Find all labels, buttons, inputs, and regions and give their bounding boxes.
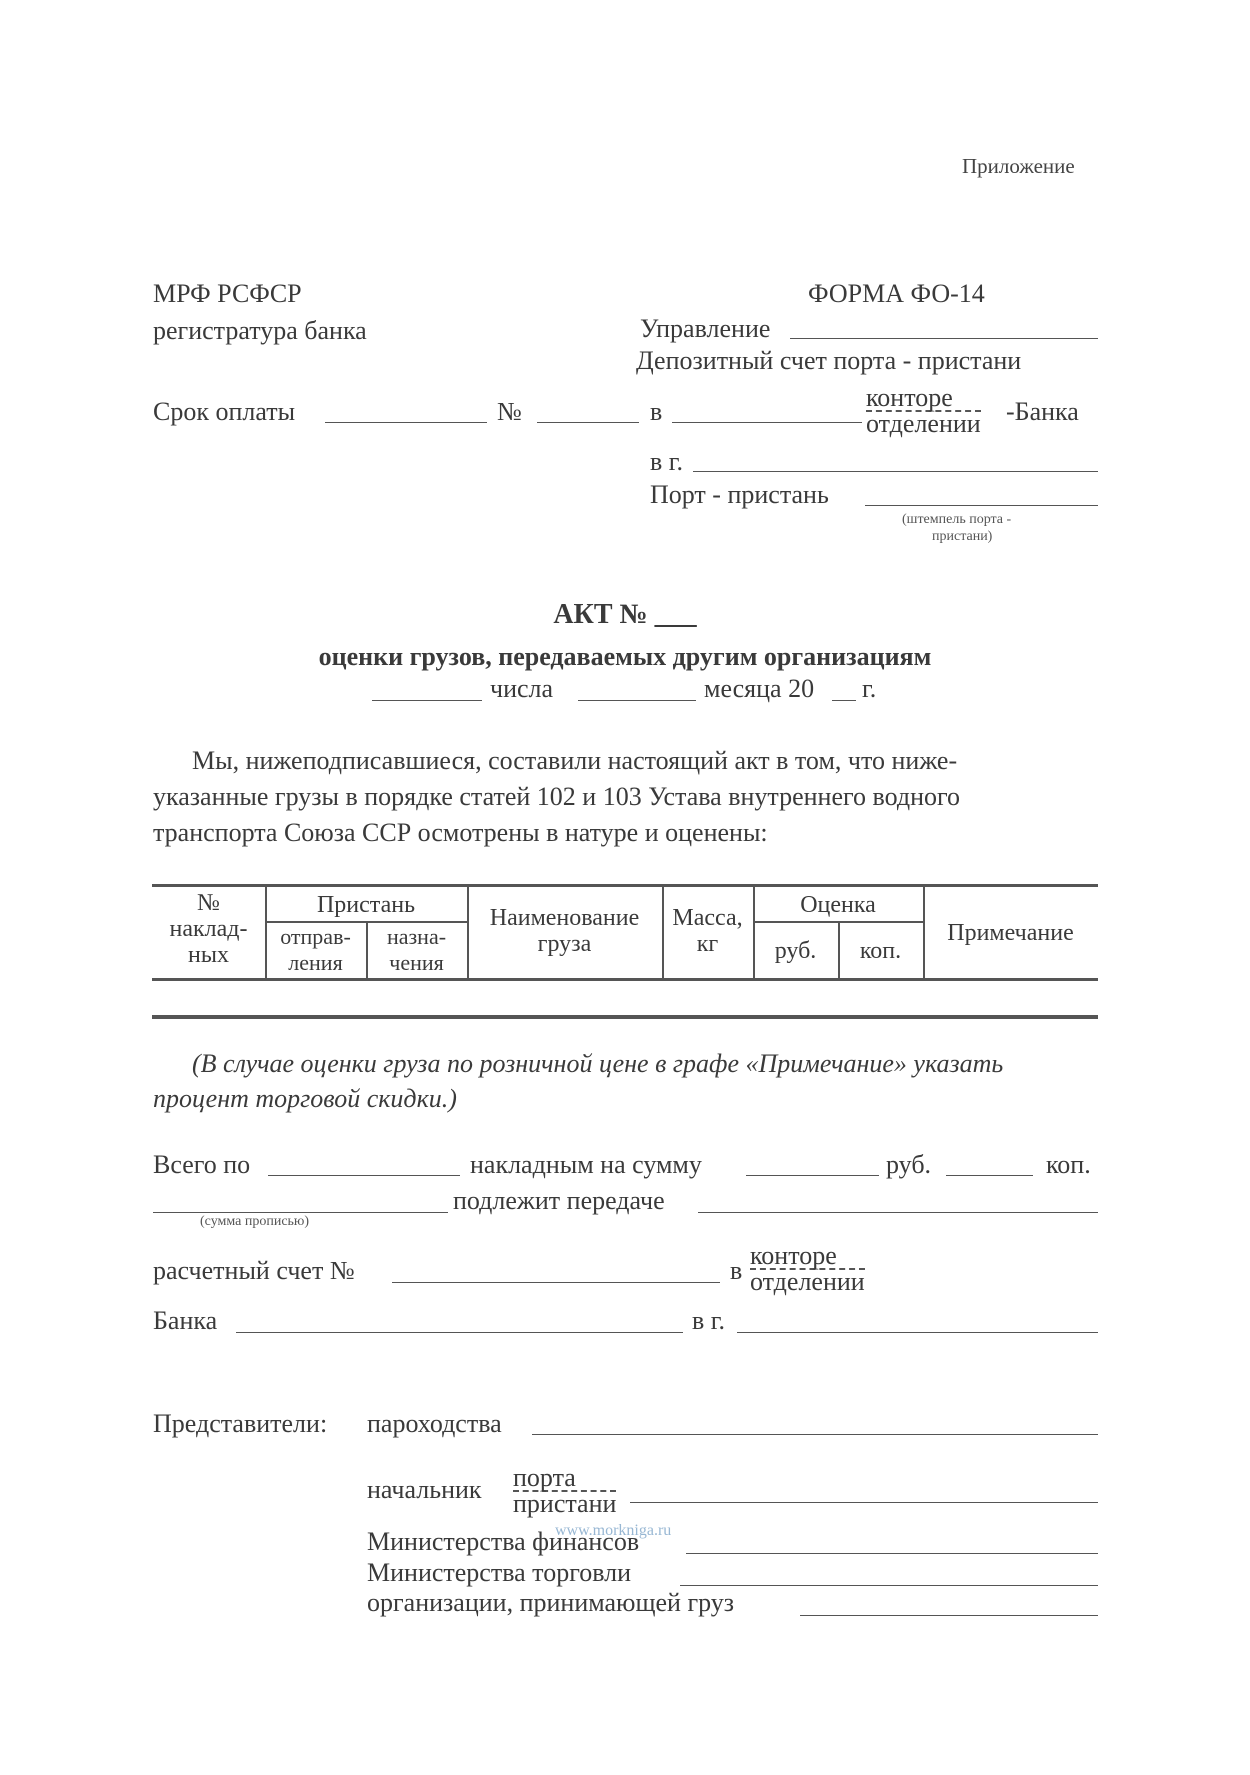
intro-line-3: транспорта Союза ССР осмотрены в натуре …: [153, 818, 768, 848]
bank-city-label: в г.: [692, 1306, 725, 1336]
port-label: Порт - пристань: [650, 480, 829, 510]
number-sign: №: [497, 397, 522, 427]
date-year-field[interactable]: [832, 700, 856, 701]
appendix-label: Приложение: [962, 154, 1075, 178]
sum-in-words-hint: (сумма прописью): [200, 1214, 309, 1230]
bank-city-field[interactable]: [737, 1332, 1098, 1333]
date-month-label: месяца 20: [704, 674, 814, 704]
kop-label: коп.: [1046, 1150, 1091, 1180]
representatives-label: Представители:: [153, 1409, 327, 1439]
act-subtitle: оценки грузов, передаваемых другим орган…: [0, 642, 1250, 672]
port-stamp-field[interactable]: [865, 505, 1098, 506]
th-note: Примечание: [923, 920, 1098, 946]
waybill-count-field[interactable]: [268, 1175, 460, 1176]
act-title: АКТ № ___: [0, 598, 1250, 632]
account-field[interactable]: [392, 1282, 720, 1283]
number-field[interactable]: [537, 422, 639, 423]
sub-rule: [753, 921, 923, 923]
th-waybill: №наклад-ных: [152, 890, 265, 968]
stamp-hint-2: пристани): [932, 529, 992, 545]
th-departure: отправ-ления: [265, 924, 366, 976]
finance-ministry-field[interactable]: [686, 1553, 1098, 1554]
date-year-label: г.: [862, 674, 876, 704]
management-label: Управление: [640, 314, 770, 344]
total-by-label: Всего по: [153, 1150, 250, 1180]
chief-label: начальник: [367, 1475, 482, 1505]
office-denominator: отделении: [866, 412, 981, 436]
bank-office-field[interactable]: [672, 422, 862, 423]
th-pier: Пристань: [265, 892, 467, 918]
sum-rub-field[interactable]: [746, 1175, 879, 1176]
to-transfer-label: подлежит передаче: [453, 1186, 665, 1216]
table-header-rule: [152, 978, 1098, 981]
office-denominator: отделении: [750, 1270, 865, 1294]
intro-line-2: указанные грузы в порядке статей 102 и 1…: [153, 782, 960, 812]
chief-field[interactable]: [630, 1502, 1098, 1503]
transfer-to-field[interactable]: [698, 1212, 1098, 1213]
date-day-label: числа: [490, 674, 553, 704]
account-in-label: в: [730, 1256, 742, 1286]
form-code: ФОРМА ФО-14: [808, 279, 985, 309]
payment-term-field[interactable]: [325, 422, 487, 423]
org-name: МРФ РСФСР: [153, 279, 302, 309]
sum-kop-field[interactable]: [946, 1175, 1033, 1176]
th-valuation: Оценка: [753, 892, 923, 918]
registry-label: регистратура банка: [153, 316, 367, 346]
note-line-1: (В случае оценки груза по розничной цене…: [192, 1049, 1003, 1079]
city-field[interactable]: [693, 471, 1098, 472]
intro-line-1: Мы, нижеподписавшиеся, составили настоящ…: [192, 746, 957, 776]
bank-label: Банка: [153, 1306, 217, 1336]
note-line-2: процент торговой скидки.): [153, 1084, 457, 1114]
shipping-company-label: пароходства: [367, 1409, 502, 1439]
rub-label: руб.: [886, 1150, 931, 1180]
shipping-company-field[interactable]: [532, 1434, 1098, 1435]
th-rub: руб.: [753, 938, 838, 964]
table-bottom-rule: [152, 1015, 1098, 1019]
th-mass: Масса,кг: [662, 905, 753, 957]
date-month-field[interactable]: [578, 700, 696, 701]
sub-rule: [265, 921, 467, 923]
account-label: расчетный счет №: [153, 1256, 355, 1286]
stamp-hint-1: (штемпель порта -: [902, 512, 1011, 528]
receiver-field[interactable]: [800, 1615, 1098, 1616]
table-top-rule: [152, 884, 1098, 887]
city-label: в г.: [650, 447, 683, 477]
receiver-label: организации, принимающей груз: [367, 1588, 734, 1618]
trade-ministry-label: Министерства торговли: [367, 1558, 631, 1588]
sum-in-words-field[interactable]: [153, 1212, 448, 1213]
th-destination: назна-чения: [366, 924, 467, 976]
date-day-field[interactable]: [372, 700, 482, 701]
account-office-fraction: конторе отделении: [750, 1244, 865, 1294]
deposit-account-label: Депозитный счет порта - пристани: [636, 346, 1021, 376]
waybills-sum-label: накладным на сумму: [470, 1150, 702, 1180]
bank-field[interactable]: [236, 1332, 683, 1333]
th-kop: коп.: [838, 938, 923, 964]
management-field[interactable]: [790, 338, 1098, 339]
office-fraction: конторе отделении: [866, 386, 981, 436]
port-denominator: пристани: [513, 1492, 616, 1516]
bank-suffix: -Банка: [1006, 397, 1079, 427]
in-label: в: [650, 397, 662, 427]
finance-ministry-label: Министерства финансов: [367, 1527, 639, 1557]
port-fraction: порта пристани: [513, 1466, 616, 1516]
payment-term-label: Срок оплаты: [153, 397, 295, 427]
trade-ministry-field[interactable]: [680, 1585, 1098, 1586]
th-cargo-name: Наименованиегруза: [467, 905, 662, 957]
